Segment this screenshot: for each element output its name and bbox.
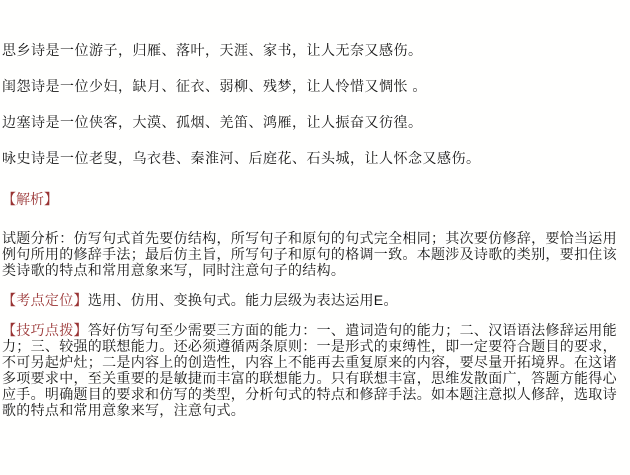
poetry-line-homesick: 思乡诗是一位游子，归雁、落叶，天涯、家书，让人无奈又感伤。 (2, 42, 630, 58)
analysis-body: 试题分析：仿写句式首先要仿结构，所写句子和原句的句式完全相同；其次要仿修辞，要恰… (2, 230, 630, 278)
technique-header: 【技巧点拨】 (2, 322, 88, 338)
poetry-line-boudoir: 闺怨诗是一位少妇，缺月、征衣、弱柳、残梦，让人怜惜又惆怅 。 (2, 78, 630, 94)
poetry-line-history: 咏史诗是一位老叟，乌衣巷、秦淮河、后庭花、石头城，让人怀念又感伤。 (2, 150, 630, 166)
poetry-line-frontier: 边塞诗是一位侠客，大漠、孤烟、羌笛、鸿雁，让人振奋又彷徨。 (2, 114, 630, 130)
exam-point-line: 【考点定位】选用、仿用、变换句式。能力层级为表达运用E。 (2, 292, 630, 308)
technique-body: 答好仿写句至少需要三方面的能力：一、遣词造句的能力；二、汉语语法修辞运用能力；三… (2, 322, 617, 418)
analysis-header: 【解析】 (2, 191, 630, 207)
technique-paragraph: 【技巧点拨】答好仿写句至少需要三方面的能力：一、遣词造句的能力；二、汉语语法修辞… (2, 322, 630, 418)
document-body: 思乡诗是一位游子，归雁、落叶，天涯、家书，让人无奈又感伤。 闺怨诗是一位少妇，缺… (0, 0, 630, 418)
exam-point-body: 选用、仿用、变换句式。能力层级为表达运用E。 (88, 292, 398, 308)
poetry-example-lines: 思乡诗是一位游子，归雁、落叶，天涯、家书，让人无奈又感伤。 闺怨诗是一位少妇，缺… (2, 42, 630, 166)
page: { "page": { "background": "#fffffe", "te… (0, 0, 630, 475)
exam-point-header: 【考点定位】 (2, 292, 88, 308)
